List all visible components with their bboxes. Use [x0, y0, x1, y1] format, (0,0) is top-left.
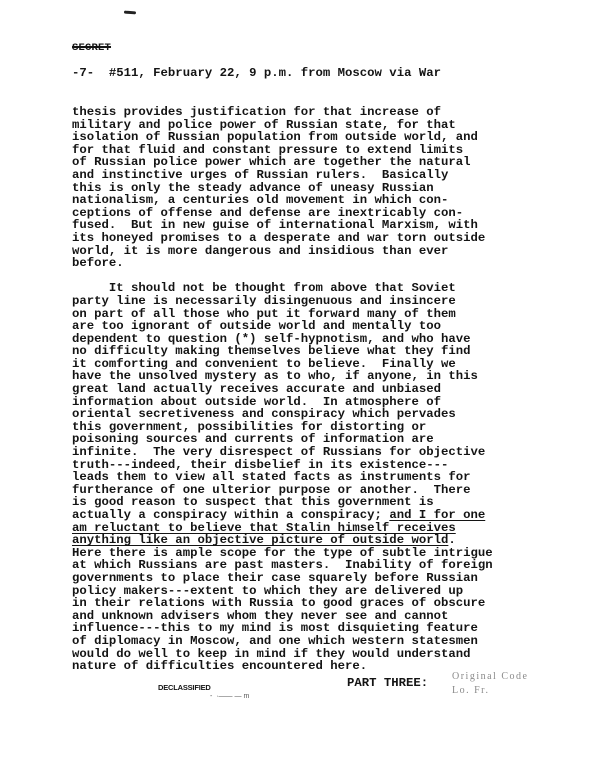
annotation-line: Lo. Fr. — [452, 684, 528, 698]
classification-marking: SECRET — [72, 42, 111, 54]
annotation-line: Original Code — [452, 670, 528, 684]
telegram-header: -7- #511, February 22, 9 p.m. from Mosco… — [72, 66, 441, 80]
text-line: before. — [72, 256, 124, 270]
handwritten-annotation: Original Code Lo. Fr. — [452, 670, 528, 698]
text-line: nature of difficulties encountered here. — [72, 659, 367, 673]
paragraph-1: thesis provides justification for that i… — [72, 106, 572, 270]
paragraph-2: It should not be thought from above that… — [72, 282, 572, 672]
document-page: SECRET -7- #511, February 22, 9 p.m. fro… — [0, 0, 600, 777]
declassified-stamp: DECLASSIFIED — [158, 683, 211, 692]
text-line: world, it is more dangerous and insidiou… — [72, 244, 448, 258]
continuation-label: PART THREE: — [347, 676, 428, 690]
stamp-marks: - ·—— — m — [210, 693, 249, 700]
document-body: thesis provides justification for that i… — [72, 106, 572, 673]
pen-mark — [124, 11, 136, 15]
